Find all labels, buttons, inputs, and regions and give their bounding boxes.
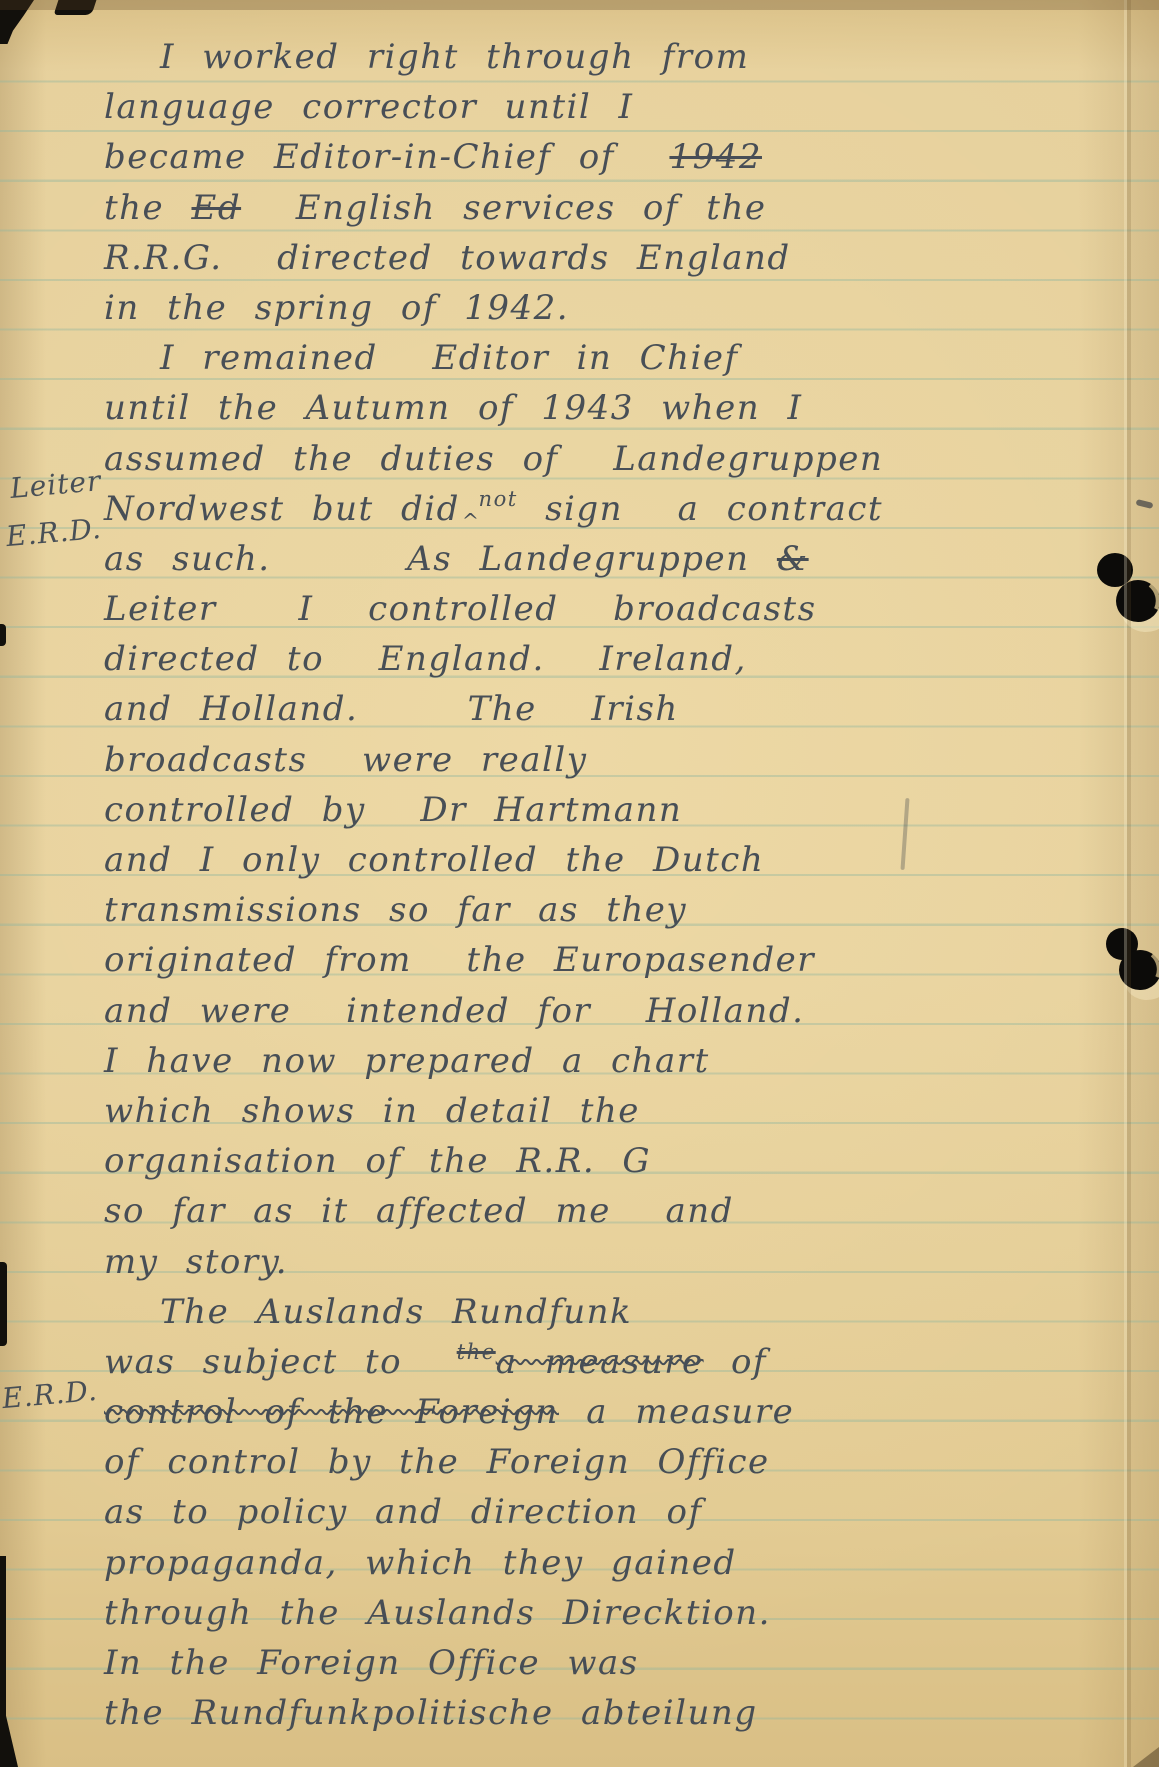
text-line: language corrector until I [104,82,1149,132]
handwritten-text: and Holland. The Irish [104,689,679,729]
handwritten-text: a measure [559,1392,794,1432]
struck-text: a measure [496,1342,704,1382]
struck-text: control of the Foreign [104,1392,559,1432]
handwritten-text: the [104,188,192,228]
text-line: propaganda, which they gained [104,1538,1149,1588]
text-line: directed to England. Ireland, [104,634,1149,684]
page-top-edge-shadow [0,0,1159,10]
text-line: Leiter I controlled broadcasts [104,584,1149,634]
text-line: in the spring of 1942. [104,283,1149,333]
text-line: my story. [104,1237,1149,1287]
text-line: controlled by Dr Hartmann [104,785,1149,835]
text-line: which shows in detail the [104,1086,1149,1136]
text-line: broadcasts were really [104,735,1149,785]
handwritten-text: propaganda, which they gained [104,1543,737,1583]
text-line: of control by the Foreign Office [104,1437,1149,1487]
scan-artifact-left-nub [0,624,6,646]
text-line: organisation of the R.R. G [104,1136,1149,1186]
handwritten-text: R.R.G. directed towards England [104,238,791,278]
text-line: the Rundfunkpolitische abteilung [104,1688,1149,1738]
text-line: I worked right through from [104,32,1149,82]
handwritten-text: originated from the Europasender [104,940,815,980]
text-line: and were intended for Holland. [104,986,1149,1036]
handwritten-text: broadcasts were really [104,740,588,780]
handwritten-text: I remained Editor in Chief [160,338,739,378]
manuscript-text: I worked right through fromlanguage corr… [104,32,1149,1738]
handwritten-text: In the Foreign Office was [104,1643,639,1683]
text-line: In the Foreign Office was [104,1638,1149,1688]
handwritten-text: through the Auslands Direcktion. [104,1593,771,1633]
text-line: I remained Editor in Chief [104,333,1149,383]
text-line: until the Autumn of 1943 when I [104,383,1149,433]
text-line: Nordwest but did^not sign a contract [104,484,1149,534]
struck-text: Ed [192,188,242,228]
scanned-page: I worked right through fromlanguage corr… [0,0,1159,1767]
text-line: as to policy and direction of [104,1487,1149,1537]
handwritten-text: I have now prepared a chart [104,1041,710,1081]
handwritten-text: directed to England. Ireland, [104,639,747,679]
handwritten-text: was subject to [104,1342,457,1382]
text-line: originated from the Europasender [104,935,1149,985]
text-line: was subject to thea measure of [104,1337,1149,1387]
handwritten-text: controlled by Dr Hartmann [104,790,682,830]
handwritten-text: assumed the duties of Landegruppen [104,439,883,479]
text-line: so far as it affected me and [104,1186,1149,1236]
handwritten-text: as to policy and direction of [104,1492,703,1532]
handwritten-text: which shows in detail the [104,1091,640,1131]
text-line: transmissions so far as they [104,885,1149,935]
text-line: through the Auslands Direcktion. [104,1588,1149,1638]
text-line: and Holland. The Irish [104,684,1149,734]
handwritten-text: and were intended for Holland. [104,991,804,1031]
handwritten-text: Nordwest but did [104,489,460,529]
handwritten-text: English services of the [241,188,766,228]
handwritten-text: as such. As Landegruppen [104,539,777,579]
handwritten-text: so far as it affected me and [104,1191,734,1231]
text-line: R.R.G. directed towards England [104,233,1149,283]
handwritten-text: became Editor-in-Chief of [104,137,669,177]
handwritten-text: I worked right through from [160,37,749,77]
struck-text: 1942 [669,137,762,177]
handwritten-text: The Auslands Rundfunk [160,1292,632,1332]
handwritten-text: transmissions so far as they [104,890,687,930]
handwritten-text: sign a contract [518,489,883,529]
handwritten-text: my story. [104,1242,288,1282]
handwritten-text: the Rundfunkpolitische abteilung [104,1693,758,1733]
paper-crease [1124,0,1134,1767]
text-line: The Auslands Rundfunk [104,1287,1149,1337]
text-line: I have now prepared a chart [104,1036,1149,1086]
handwritten-text: of control by the Foreign Office [104,1442,770,1482]
text-line: and I only controlled the Dutch [104,835,1149,885]
scan-artifact-left-strip [0,1262,7,1346]
handwritten-text: organisation of the R.R. G [104,1141,651,1181]
struck-text: & [777,539,809,579]
handwritten-text: of [704,1342,767,1382]
text-line: assumed the duties of Landegruppen [104,434,1149,484]
handwritten-text: and I only controlled the Dutch [104,840,764,880]
text-line: as such. As Landegruppen & [104,534,1149,584]
handwritten-text: until the Autumn of 1943 when I [104,388,802,428]
handwritten-text: language corrector until I [104,87,634,127]
handwritten-text: in the spring of 1942. [104,288,569,328]
text-line: the Ed English services of the [104,183,1149,233]
handwritten-text: Leiter I controlled broadcasts [104,589,817,629]
text-line: control of the Foreign a measure [104,1387,1149,1437]
text-line: became Editor-in-Chief of 1942 [104,132,1149,182]
